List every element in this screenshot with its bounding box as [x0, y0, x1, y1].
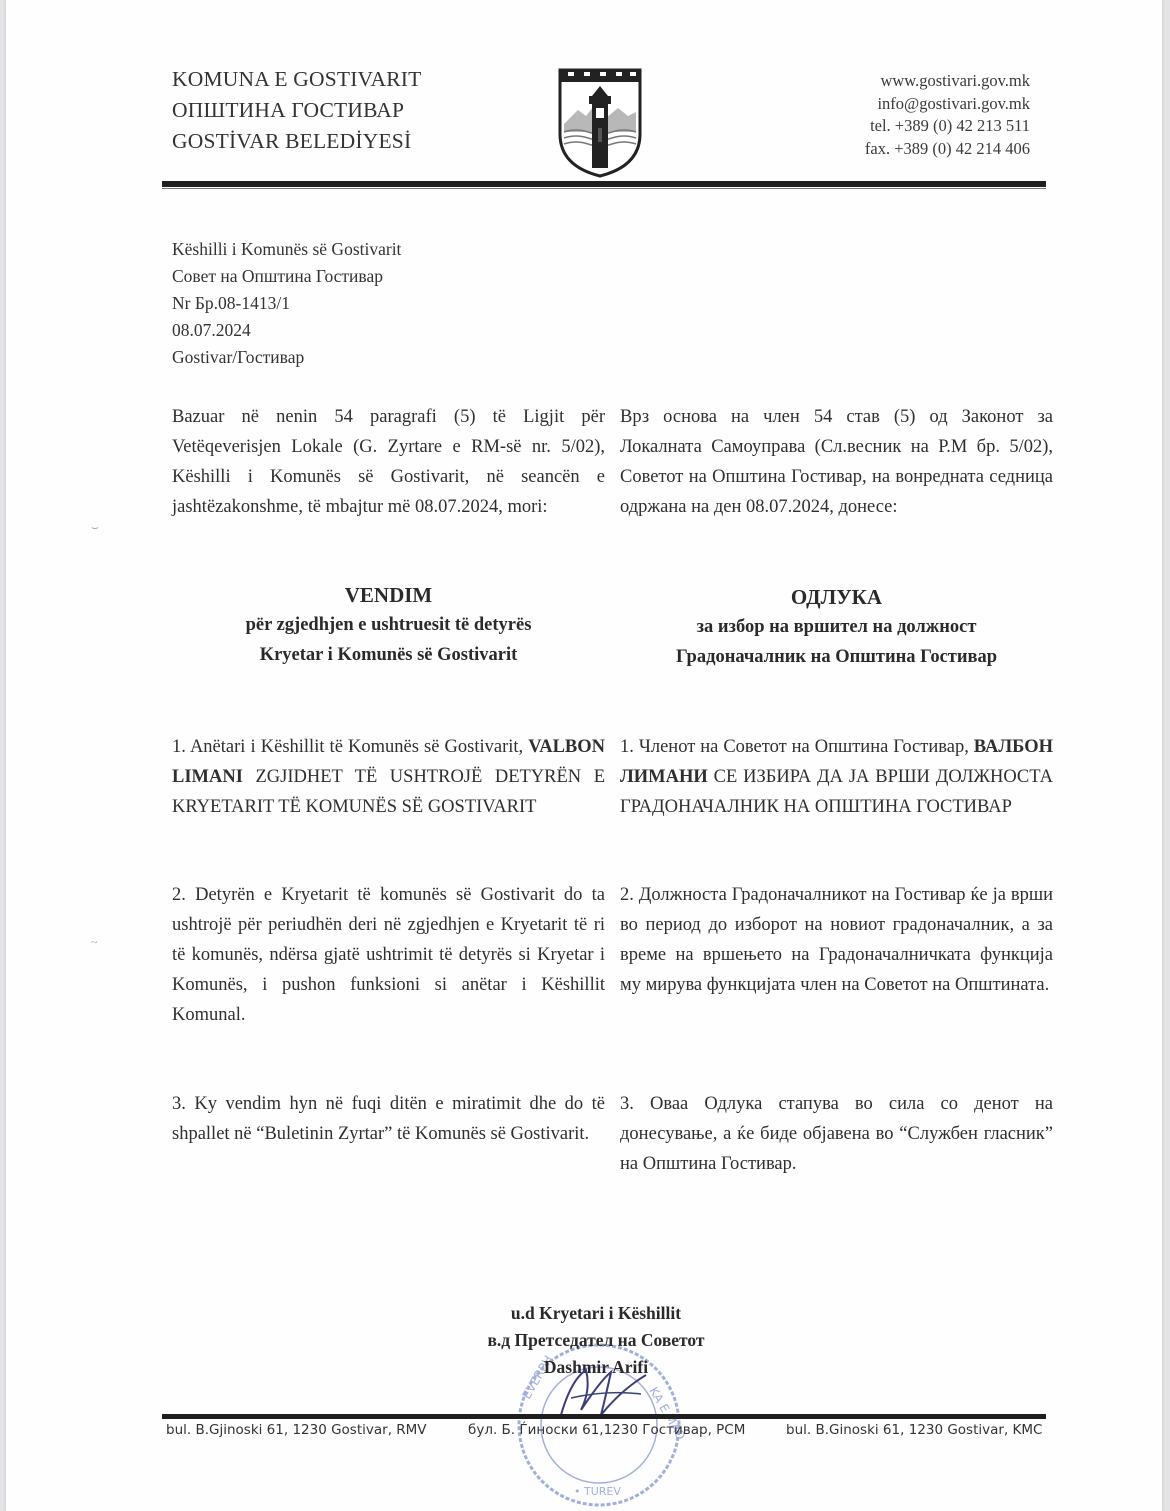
letterhead-contacts: www.gostivari.gov.mk info@gostivari.gov.…: [865, 70, 1030, 160]
article-2-macedonian: 2. Должноста Градоначалникот на Гостивар…: [620, 880, 1053, 1000]
council-name-albanian: Këshilli i Komunës së Gostivarit: [172, 236, 401, 263]
document-date: 08.07.2024: [172, 317, 401, 344]
gostivar-coat-of-arms-icon: [556, 66, 644, 178]
letterhead-org-names: KOMUNA E GOSTIVARIT ОПШТИНА ГОСТИВАР GOS…: [172, 64, 421, 157]
decision-heading: ОДЛУКА: [620, 582, 1053, 612]
decision-subtitle-line2: Градоначалник на Општина Гостивар: [620, 642, 1053, 672]
preamble-macedonian: Врз основа на член 54 став (5) од Законо…: [620, 402, 1053, 522]
article-text: 1. Anëtari i Këshillit të Komunës së Gos…: [172, 737, 528, 757]
margin-mark: ~: [91, 935, 98, 950]
article-1-macedonian: 1. Членот на Советот на Општина Гостивар…: [620, 732, 1053, 822]
footer-address-macedonian: бул. Б. Ѓиноски 61,1230 Гостивар, РСМ: [468, 1422, 745, 1438]
article-1-albanian: 1. Anëtari i Këshillit të Komunës së Gos…: [172, 732, 605, 822]
org-name-turkish: GOSTİVAR BELEDİYESİ: [172, 126, 421, 157]
article-3-macedonian: 3. Оваа Одлука стапува во сила со денот …: [620, 1089, 1053, 1179]
svg-text:• TUREV: • TUREV: [574, 1485, 621, 1498]
article-2-albanian: 2. Detyrën e Kryetarit të komunës së Gos…: [172, 880, 605, 1030]
org-name-albanian: KOMUNA E GOSTIVARIT: [172, 64, 421, 95]
document-number: Nr Бр.08-1413/1: [172, 290, 401, 317]
document-place: Gostivar/Гостивар: [172, 344, 401, 371]
phone-number: tel. +389 (0) 42 213 511: [865, 115, 1030, 138]
article-3-albanian: 3. Ky vendim hyn në fuqi ditën e miratim…: [172, 1089, 605, 1149]
decision-title-macedonian: ОДЛУКА за избор на вршител на должност Г…: [620, 582, 1053, 672]
signatory-title-macedonian: в.д Претседател на Советот: [446, 1327, 746, 1354]
footer-address-turkish: bul. B.Ginoski 61, 1230 Gostivar, KMC: [786, 1422, 1042, 1438]
council-name-macedonian: Совет на Општина Гостивар: [172, 263, 401, 290]
decision-subtitle-line2: Kryetar i Komunës së Gostivarit: [172, 640, 605, 670]
website-link[interactable]: www.gostivari.gov.mk: [865, 70, 1030, 93]
article-text: 1. Членот на Советот на Општина Гостивар…: [620, 737, 974, 757]
margin-mark: ⌣: [91, 520, 99, 535]
decision-subtitle-line1: за избор на вршител на должност: [620, 612, 1053, 642]
decision-subtitle-line1: për zgjedhjen e ushtruesit të detyrës: [172, 610, 605, 640]
handwritten-signature-icon: [551, 1360, 661, 1420]
fax-number: fax. +389 (0) 42 214 406: [865, 138, 1030, 161]
document-page: KOMUNA E GOSTIVARIT ОПШТИНА ГОСТИВАР GOS…: [6, 0, 1162, 1511]
org-name-macedonian: ОПШТИНА ГОСТИВАР: [172, 95, 421, 126]
preamble-albanian: Bazuar në nenin 54 paragrafi (5) të Ligj…: [172, 402, 605, 522]
footer-address-albanian: bul. B.Gjinoski 61, 1230 Gostivar, RMV: [166, 1422, 427, 1438]
decision-title-albanian: VENDIM për zgjedhjen e ushtruesit të det…: [172, 580, 605, 670]
reference-block: Këshilli i Komunës së Gostivarit Совет н…: [172, 236, 401, 371]
signatory-title-albanian: u.d Kryetari i Këshillit: [446, 1300, 746, 1327]
header-divider: [162, 181, 1046, 187]
email-link[interactable]: info@gostivari.gov.mk: [865, 93, 1030, 116]
decision-heading: VENDIM: [172, 580, 605, 610]
footer-divider: [162, 1414, 1046, 1419]
